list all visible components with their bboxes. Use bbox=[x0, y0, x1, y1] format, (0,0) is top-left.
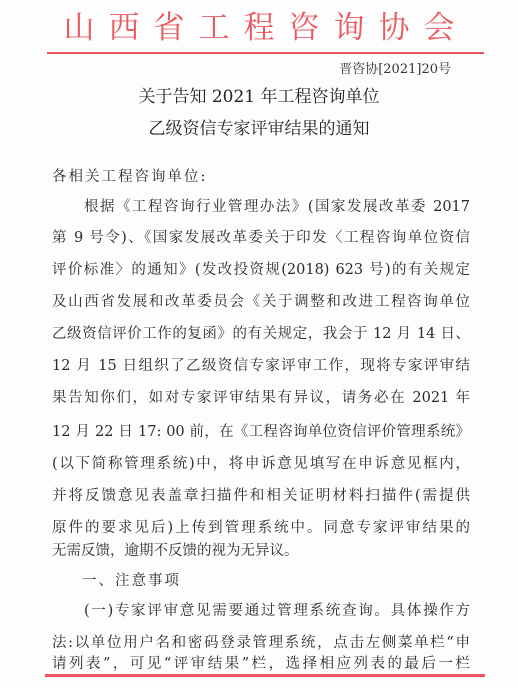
paragraph-line: 果告知你们，如对专家评审结果有异议，请务必在 2021 年 bbox=[52, 387, 470, 409]
notice-title-line-2: 乙级资信专家评审结果的通知 bbox=[0, 118, 518, 140]
salutation: 各相关工程咨询单位: bbox=[52, 166, 207, 188]
paragraph-line: 12 月 22 日 17: 00 前，在《工程咨询单位资信评价管理系统》 bbox=[52, 421, 470, 443]
paragraph-line: 无需反馈，逾期不反馈的视为无异议。 bbox=[52, 540, 470, 562]
notice-title-line-1: 关于告知 2021 年工程咨询单位 bbox=[0, 86, 518, 108]
paragraph-line: 及山西省发展和改革委员会《关于调整和改进工程咨询单位 bbox=[52, 291, 470, 313]
section-heading-notes: 一、注意事项 bbox=[82, 570, 181, 592]
paragraph-line: (以下简称管理系统)中，将申诉意见填写在申诉意见框内， bbox=[52, 453, 470, 475]
document-number: 晋咨协[2021]20号 bbox=[339, 60, 451, 80]
letterhead-red-rule bbox=[47, 52, 484, 54]
paragraph-line: 12 月 15 日组织了乙级资信专家评审工作，现将专家评审结 bbox=[52, 355, 470, 377]
organization-letterhead: 山西省工程咨询协会 bbox=[0, 8, 518, 48]
paragraph-line: 乙级资信评价工作的复函》的有关规定，我会于 12 月 14 日、 bbox=[52, 323, 470, 345]
item-line: 法:以单位用户名和密码登录管理系统，点击左侧菜单栏“申 bbox=[52, 632, 470, 654]
paragraph-line: 原件的要求见后)上传到管理系统中。同意专家评审结果的 bbox=[52, 517, 470, 539]
paragraph-line: 评价标准〉的通知》(发改投资规(2018) 623 号)的有关规定 bbox=[52, 259, 470, 281]
footer-red-rule bbox=[45, 674, 485, 677]
item-line: (一)专家评审意见需要通过管理系统查询。具体操作方 bbox=[84, 600, 470, 622]
document-page: 山西省工程咨询协会 晋咨协[2021]20号 关于告知 2021 年工程咨询单位… bbox=[0, 0, 518, 688]
item-line: 请列表”，可见“评审结果”栏，选择相应列表的最后一栏 bbox=[52, 653, 470, 675]
paragraph-line: 根据《工程咨询行业管理办法》(国家发展改革委 2017 bbox=[84, 196, 470, 218]
paragraph-line: 并将反馈意见表盖章扫描件和相关证明材料扫描件(需提供 bbox=[52, 485, 470, 507]
paragraph-line: 第 9 号令)、《国家发展改革委关于印发〈工程咨询单位资信 bbox=[52, 227, 470, 249]
